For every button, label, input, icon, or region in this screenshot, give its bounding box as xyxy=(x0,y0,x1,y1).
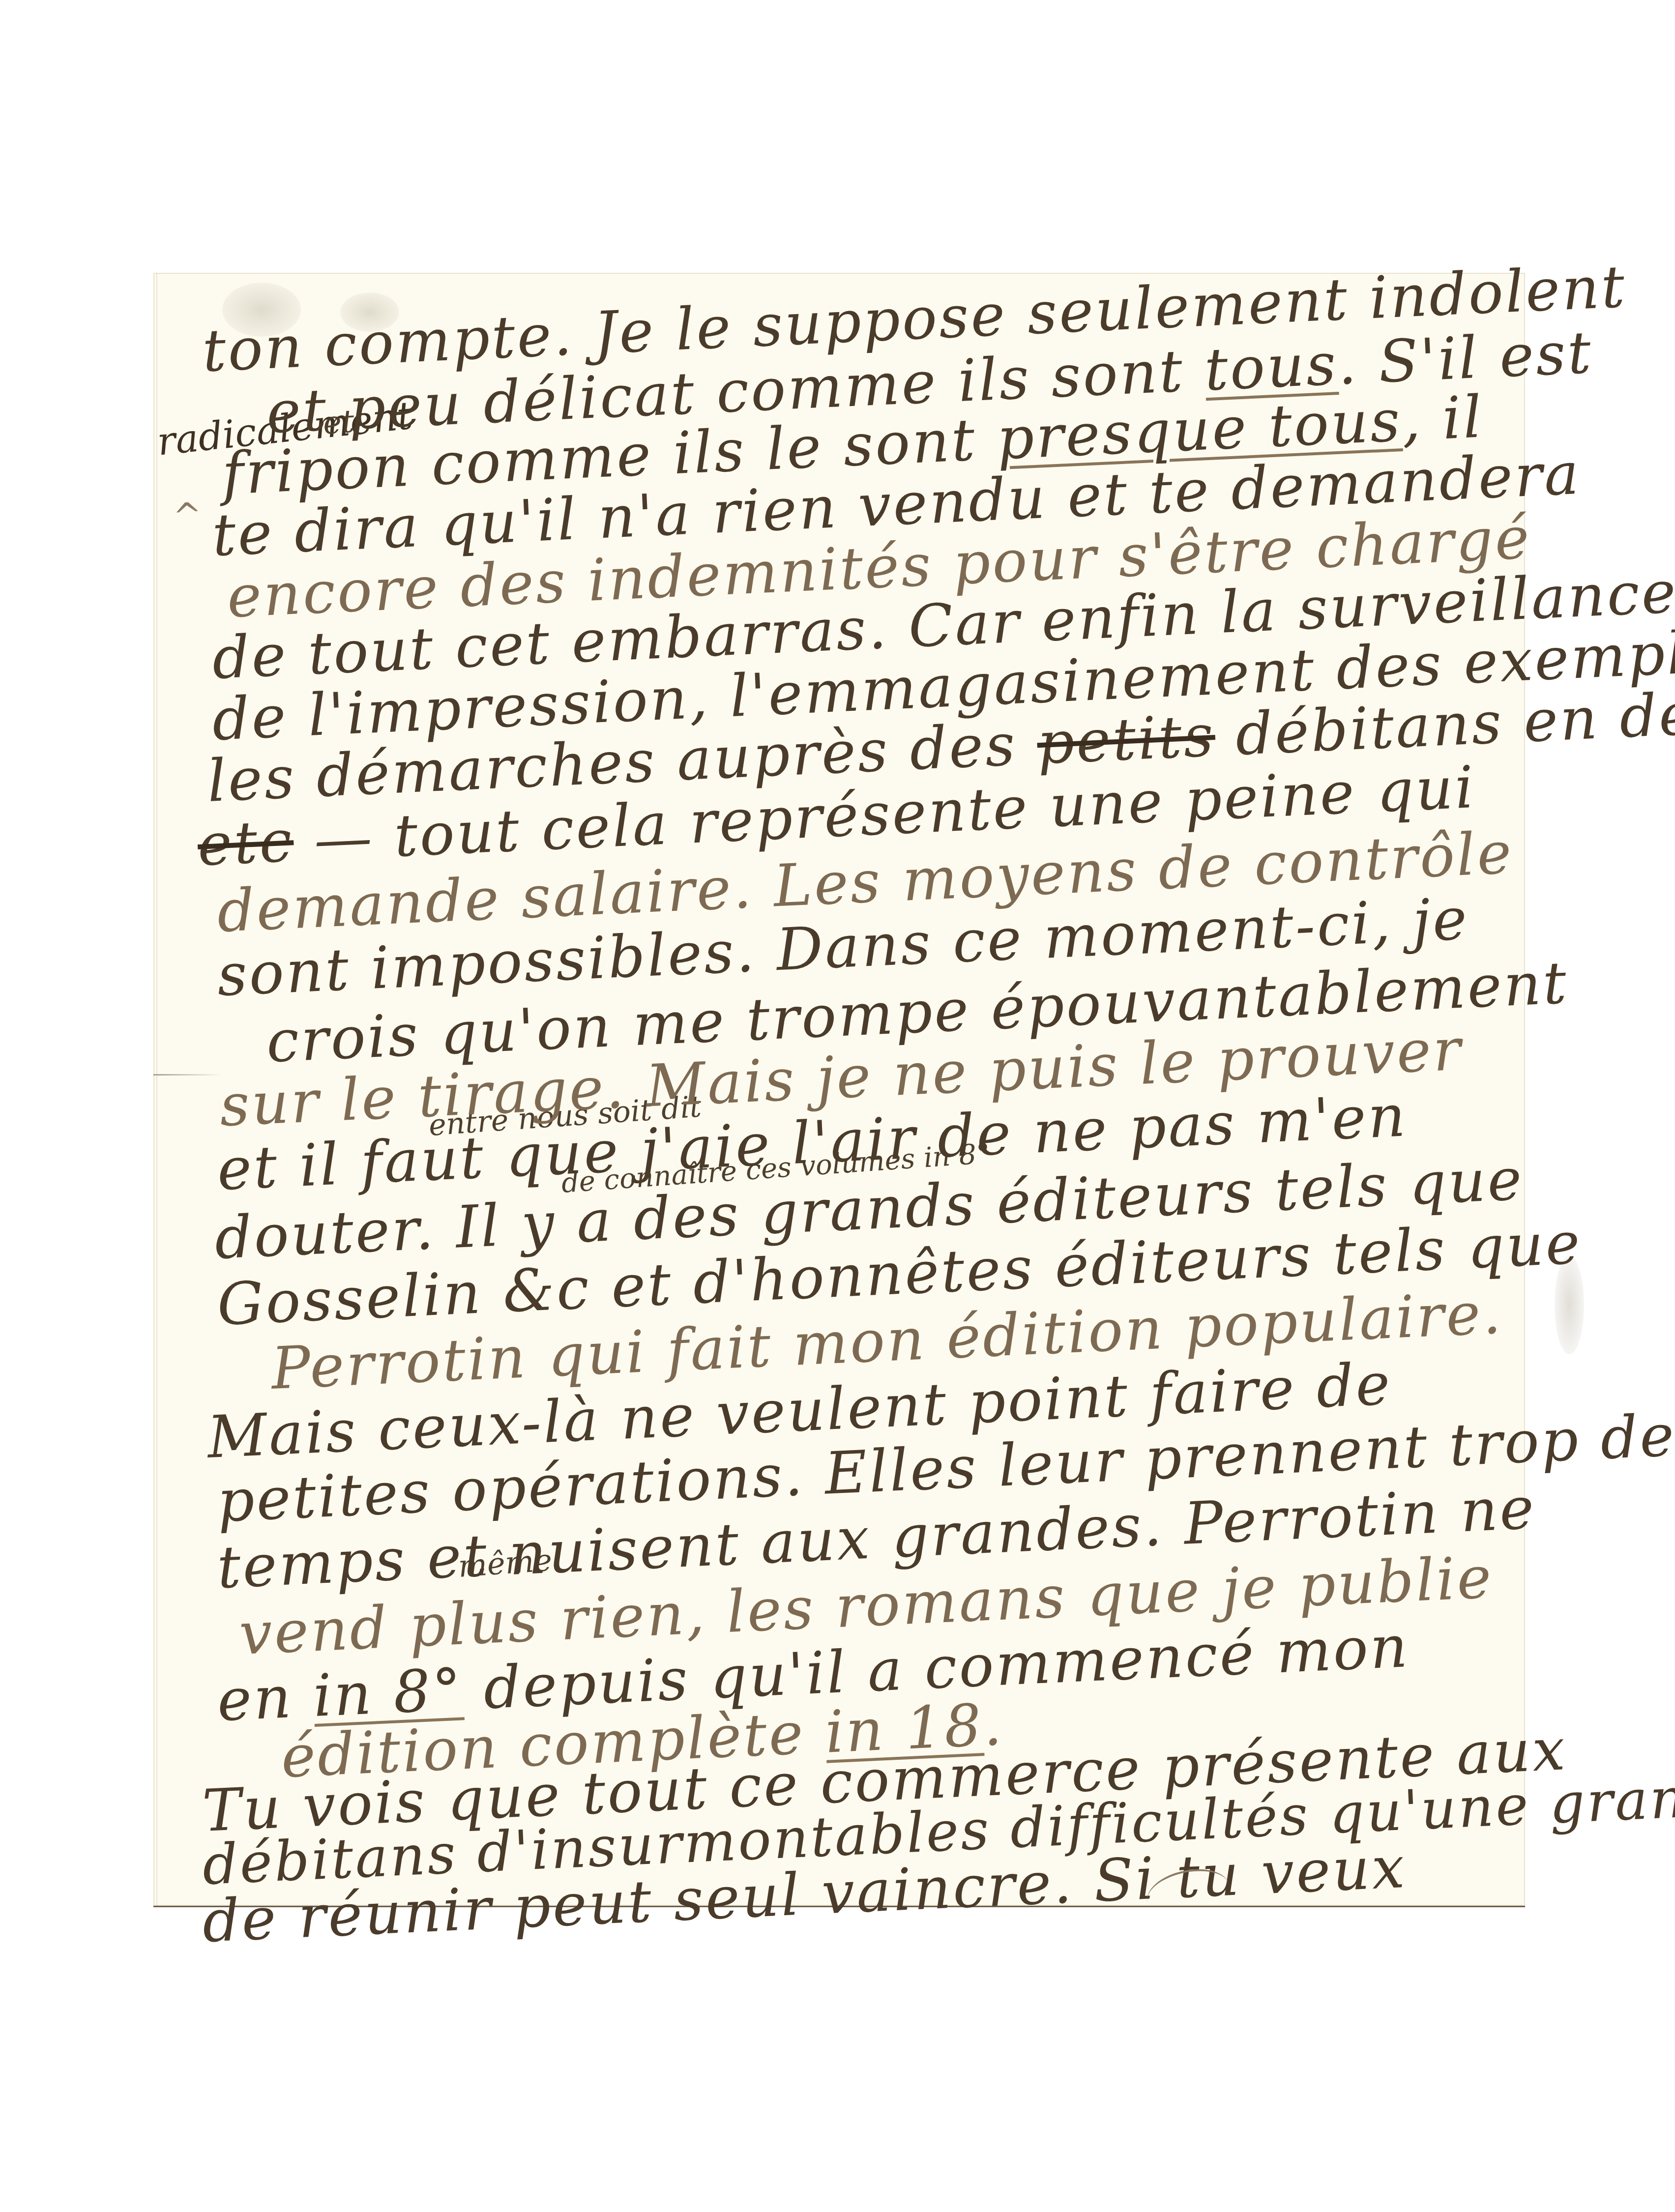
struck-word: etc xyxy=(196,807,295,879)
caret-mark: ^ xyxy=(172,495,203,537)
letter-page: radicalement ^ et entre nous soit dit de… xyxy=(153,273,1525,1907)
